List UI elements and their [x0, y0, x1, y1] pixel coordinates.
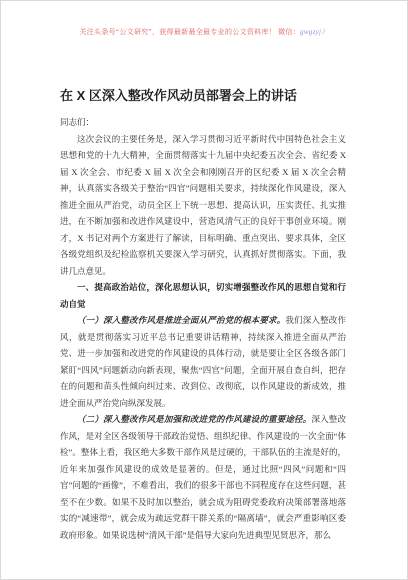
- section-1-item-1-body: 我们深入整改作风，就是贯彻落实习近平总书记重要讲话精神，持续深入推进全面从严治党…: [60, 315, 346, 408]
- section-1-item-1-lead: （一）深入整改作风是推进全面从严治党的根本要求。: [77, 315, 285, 325]
- document-title: 在 X 区深入整改作风动员部署会上的讲话: [60, 87, 346, 105]
- document-content: 在 X 区深入整改作风动员部署会上的讲话 同志们： 这次会议的主要任务是，深入学…: [60, 87, 346, 543]
- document-page: 关注头条号“公文研究”，获得最新最全最专业的公文资料库！ 微信：gwgzyj） …: [0, 0, 408, 580]
- section-1-item-2-body: 深入整改作风，是对全区各级领导干部政治觉悟、组织纪律、作风建设的一次全面“体检”…: [60, 414, 346, 540]
- wechat-id: gwgzyj）: [300, 28, 329, 36]
- document-body: 同志们： 这次会议的主要任务是，深入学习贯彻习近平新时代中国特色社会主义思想和党…: [60, 114, 346, 543]
- salutation: 同志们：: [60, 114, 346, 131]
- header-notice: 关注头条号“公文研究”，获得最新最全最专业的公文资料库！ 微信：gwgzyj）: [1, 28, 407, 37]
- notice-text: 关注头条号“公文研究”，获得最新最全最专业的公文资料库！: [79, 28, 276, 36]
- wechat-label: 微信：: [276, 28, 300, 36]
- section-1-heading: 一、提高政治站位，深化思想认识，切实增强整改作风的思想自觉和行动自觉: [60, 279, 346, 312]
- section-1-item-2-lead: （二）深入整改作风是加强和改进党的作风建设的重要途径。: [77, 414, 311, 424]
- intro-paragraph: 这次会议的主要任务是，深入学习贯彻习近平新时代中国特色社会主义思想和党的十九大精…: [60, 131, 346, 280]
- section-1-item-1: （一）深入整改作风是推进全面从严治党的根本要求。我们深入整改作风，就是贯彻落实习…: [60, 312, 346, 411]
- section-1-item-2: （二）深入整改作风是加强和改进党的作风建设的重要途径。深入整改作风，是对全区各级…: [60, 411, 346, 543]
